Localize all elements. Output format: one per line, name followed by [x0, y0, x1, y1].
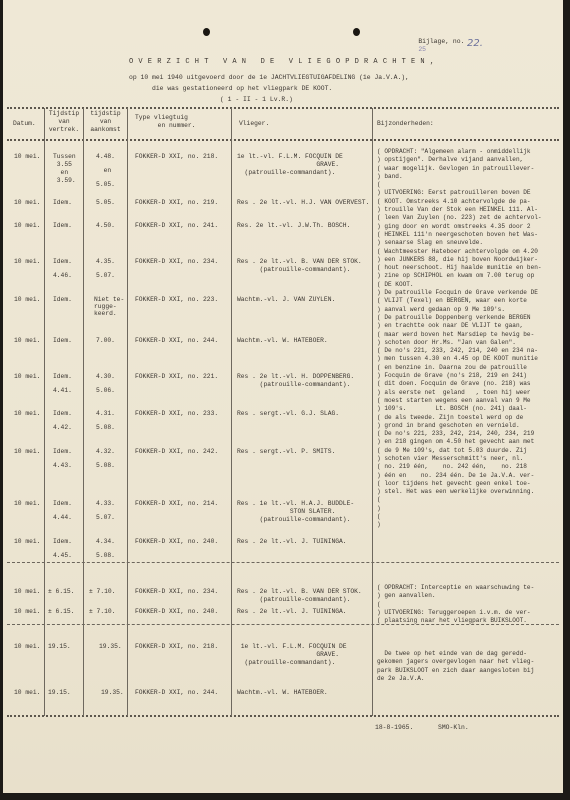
- row-aankomst: 4.48. en 5.05.: [84, 153, 127, 188]
- subtitle-line-1: op 10 mei 1940 uitgevoerd door de 1e JAC…: [129, 74, 409, 82]
- row-vlieger: Res . 2e lt.-vl. H.J. VAN OVERVEST.: [237, 199, 369, 207]
- row-type: FOKKER-D XXI, no. 233.: [135, 410, 218, 418]
- row-vertrek: Idem.: [53, 222, 72, 230]
- row-vertrek: 19.15.: [48, 643, 71, 651]
- row-type: FOKKER-D XXI, no. 214.: [135, 500, 218, 508]
- document-title: OVERZICHT VAN DE VLIEGOPDRACHTEN,: [129, 58, 439, 66]
- row-type: FOKKER-D XXI, no. 223.: [135, 296, 218, 304]
- row-aankomst: 4.50.: [84, 222, 127, 230]
- col-divider-4: [231, 108, 232, 716]
- row-datum: 10 mei.: [14, 337, 40, 345]
- remarks-block-2: ( OPDRACHT: Interceptie en waarschuwing …: [377, 584, 534, 625]
- bijlage-label-text: Bijlage, no.: [418, 38, 464, 45]
- col-header-vertrek: Tijdstip van vertrek.: [45, 110, 83, 134]
- row-type: FOKKER-D XXI, no. 234.: [135, 258, 218, 266]
- row-datum: 10 mei.: [14, 153, 40, 161]
- row-datum: 10 mei.: [14, 410, 40, 418]
- remarks-block-3: De twee op het einde van de dag geredd- …: [377, 650, 534, 683]
- row-vlieger: Wachtm.-vl. W. HATEBOER.: [237, 337, 328, 345]
- punch-hole-right: [353, 28, 360, 36]
- row-vertrek: Tussen 3.55 en 3.59.: [53, 153, 76, 185]
- footer-date: 18-8-1965.: [375, 724, 413, 732]
- subtitle-line-3: ( 1 - II - 1 Lv.R.): [220, 96, 293, 104]
- row-datum: 10 mei.: [14, 296, 40, 304]
- header-bottom-rule: [7, 139, 559, 141]
- row-vlieger: Wachtm.-vl. W. HATEBOER.: [237, 689, 328, 697]
- row-datum: 10 mei.: [14, 608, 40, 616]
- row-vertrek: Idem. 4.42.: [53, 410, 72, 431]
- row-aankomst: 4.30. 5.06.: [84, 373, 127, 394]
- row-type: FOKKER-D XXI, no. 240.: [135, 538, 218, 546]
- row-type: FOKKER-D XXI, no. 241.: [135, 222, 218, 230]
- handwritten-number: 22.: [467, 40, 483, 48]
- col-header-type: Type vliegtuig en nummer.: [135, 114, 195, 130]
- row-vlieger: Res . 2e lt.-vl. J. TUININGA.: [237, 538, 347, 546]
- row-type: FOKKER-D XXI, no. 218.: [135, 153, 218, 161]
- row-aankomst: ± 7.10.: [89, 588, 115, 596]
- row-aankomst: ± 7.10.: [89, 608, 115, 616]
- row-datum: 10 mei.: [14, 588, 40, 596]
- row-datum: 10 mei.: [14, 643, 40, 651]
- row-vertrek: Idem. 4.45.: [53, 538, 72, 559]
- row-vlieger: Res . sergt.-vl. P. SMITS.: [237, 448, 335, 456]
- col-header-vlieger: Vlieger.: [239, 120, 269, 128]
- row-datum: 10 mei.: [14, 538, 40, 546]
- row-vlieger: Res . 2e lt.-vl. B. VAN DER STOK. (patro…: [237, 588, 362, 604]
- row-aankomst: 4.33. 5.07.: [84, 500, 127, 521]
- row-vlieger: Wachtm.-vl. J. VAN ZUYLEN.: [237, 296, 335, 304]
- table-bottom-rule: [7, 715, 559, 717]
- row-datum: 10 mei.: [14, 258, 40, 266]
- col-header-datum: Datum.: [13, 120, 36, 128]
- row-datum: 10 mei.: [14, 199, 40, 207]
- row-vertrek: ± 6.15.: [48, 608, 74, 616]
- row-type: FOKKER-D XXI, no. 218.: [135, 643, 218, 651]
- col-divider-3: [127, 108, 128, 716]
- row-vlieger: Res . 1e lt.-vl. H.A.J. BUDDLE- STON SLA…: [237, 500, 354, 524]
- row-vertrek: 19.15.: [48, 689, 71, 697]
- row-datum: 10 mei.: [14, 373, 40, 381]
- row-vertrek: Idem.: [53, 296, 72, 304]
- subtitle-line-2: die was gestationeerd op het vliegpark D…: [152, 85, 332, 93]
- document-page: Bijlage, no. 25 22. OVERZICHT VAN DE VLI…: [3, 0, 563, 793]
- row-datum: 10 mei.: [14, 500, 40, 508]
- row-type: FOKKER-D XXI, no. 219.: [135, 199, 218, 207]
- row-vertrek: Idem. 4.46.: [53, 258, 72, 279]
- row-type: FOKKER-D XXI, no. 221.: [135, 373, 218, 381]
- row-aankomst: Niet te- rugge- keerd.: [94, 296, 124, 317]
- table-top-rule: [7, 107, 559, 109]
- row-vlieger: 1e lt.-vl. F.L.M. FOCQUIN DE GRAVE. (pat…: [237, 643, 347, 667]
- bijlage-struck-number: 25: [418, 46, 426, 53]
- row-vertrek: Idem.: [53, 199, 72, 207]
- row-vertrek: Idem. 4.44.: [53, 500, 72, 521]
- row-type: FOKKER-D XXI, no. 244.: [135, 689, 218, 697]
- row-vlieger: Res . 2e lt.-vl. H. DOPPENBERG. (patroui…: [237, 373, 354, 389]
- row-datum: 10 mei.: [14, 448, 40, 456]
- row-type: FOKKER-D XXI, no. 244.: [135, 337, 218, 345]
- row-type: FOKKER-D XXI, no. 240.: [135, 608, 218, 616]
- row-aankomst: 4.34. 5.08.: [84, 538, 127, 559]
- row-vertrek: ± 6.15.: [48, 588, 74, 596]
- row-vertrek: Idem. 4.41.: [53, 373, 72, 394]
- row-aankomst: 4.35. 5.07.: [84, 258, 127, 279]
- row-aankomst: 5.05.: [84, 199, 127, 207]
- col-header-bijzonderheden: Bijzonderheden:: [377, 120, 434, 128]
- col-divider-5: [372, 108, 373, 716]
- row-type: FOKKER-D XXI, no. 234.: [135, 588, 218, 596]
- row-aankomst: 19.35.: [101, 689, 124, 697]
- row-vertrek: Idem. 4.43.: [53, 448, 72, 469]
- row-datum: 10 mei.: [14, 222, 40, 230]
- row-aankomst: 19.35.: [99, 643, 122, 651]
- row-type: FOKKER-D XXI, no. 242.: [135, 448, 218, 456]
- remarks-block-1: ( OPDRACHT: "Algemeen alarm - onmiddelli…: [377, 148, 542, 530]
- row-vertrek: Idem.: [53, 337, 72, 345]
- row-vlieger: 1e lt.-vl. F.L.M. FOCQUIN DE GRAVE. (pat…: [237, 153, 343, 177]
- row-vlieger: Res . 2e lt.-vl. B. VAN DER STOK. (patro…: [237, 258, 362, 274]
- row-aankomst: 4.32. 5.08.: [84, 448, 127, 469]
- row-vlieger: Res . sergt.-vl. G.J. SLAG.: [237, 410, 339, 418]
- col-divider-1: [44, 108, 45, 716]
- punch-hole-left: [203, 28, 210, 36]
- row-datum: 10 mei.: [14, 689, 40, 697]
- row-aankomst: 4.31. 5.08.: [84, 410, 127, 431]
- row-aankomst: 7.00.: [84, 337, 127, 345]
- section-divider-1: [7, 562, 559, 563]
- row-vlieger: Res. 2e lt.-vl. J.W.Th. BOSCH.: [237, 222, 350, 230]
- col-header-aankomst: tijdstip van aankomst: [84, 110, 127, 134]
- row-vlieger: Res . 2e lt.-vl. J. TUININGA.: [237, 608, 347, 616]
- footer-reference: SMO-Kln.: [438, 724, 469, 732]
